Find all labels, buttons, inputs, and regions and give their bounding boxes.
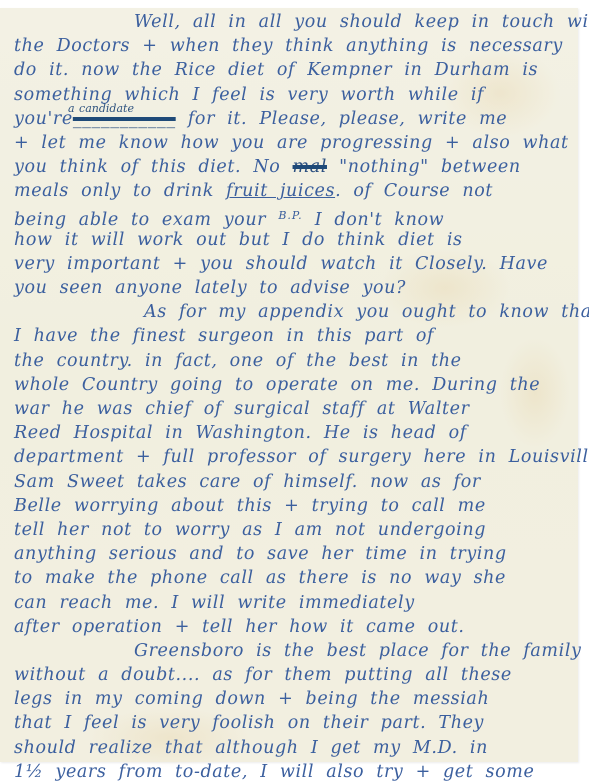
letter-line-text: Belle worrying about this + trying to ca… [14,496,486,516]
letter-line: + let me know how you are progressing + … [14,131,570,155]
letter-line: tell her not to worry as I am not underg… [14,518,570,542]
letter-line-text: Greensboro is the best place for the fam… [134,641,582,661]
letter-line-text: the Doctors + when they think anything i… [14,36,563,56]
letter-line: that I feel is very foolish on their par… [14,711,570,735]
letter-line-text: for it. Please, please, write me [176,109,508,129]
letter-line: can reach me. I will write immediately [14,591,570,615]
letter-line: Sam Sweet takes care of himself. now as … [14,470,570,494]
letter-line-text: should realize that although I get my M.… [14,738,488,758]
letter-line: Belle worrying about this + trying to ca… [14,494,570,518]
letter-line: war he was chief of surgical staff at Wa… [14,397,570,421]
letter-line: Greensboro is the best place for the fam… [14,639,570,663]
letter-line-text: meals only to drink [14,181,226,201]
handwritten-letter-body: Well, all in all you should keep in touc… [14,10,570,774]
letter-line: after operation + tell her how it came o… [14,615,570,639]
letter-line: you're___________a candidate for it. Ple… [14,107,570,131]
letter-line-text: very important + you should watch it Clo… [14,254,548,274]
letter-line: I have the finest surgeon in this part o… [14,324,570,348]
letter-line-text: without a doubt.... as for them putting … [14,665,512,685]
letter-line: you think of this diet. No mal "nothing"… [14,155,570,179]
letter-line-text: can reach me. I will write immediately [14,593,415,613]
letter-line-text: anything serious and to save her time in… [14,544,507,564]
letter-line-text: + let me know how you are progressing + … [14,133,569,153]
crossed-out-word: mal [293,157,327,177]
letter-line: very important + you should watch it Clo… [14,252,570,276]
letter-line-text: legs in my coming down + being the messi… [14,689,489,709]
letter-line-text: department + full professor of surgery h… [14,447,589,467]
letter-line: how it will work out but I do think diet… [14,228,570,252]
letter-line-text: I have the finest surgeon in this part o… [14,326,434,346]
inserted-word-candidate: a candidate [68,97,134,121]
letter-line: the country. in fact, one of the best in… [14,349,570,373]
letter-line: without a doubt.... as for them putting … [14,663,570,687]
letter-page: Well, all in all you should keep in touc… [0,8,578,762]
letter-line: As for my appendix you ought to know tha… [14,300,570,324]
letter-line-text: after operation + tell her how it came o… [14,617,465,637]
letter-line-text: how it will work out but I do think diet… [14,230,463,250]
letter-line-text: being able to exam your [14,210,278,230]
letter-line-text: I don't know [303,210,445,230]
letter-line-text: . of Course not [335,181,493,201]
letter-line: department + full professor of surgery h… [14,445,570,469]
letter-line-text: tell her not to worry as I am not underg… [14,520,486,540]
bp-abbreviation: B.P. [278,209,302,222]
letter-line: legs in my coming down + being the messi… [14,687,570,711]
letter-line: anything serious and to save her time in… [14,542,570,566]
letter-line: Reed Hospital in Washington. He is head … [14,421,570,445]
letter-line-text: Sam Sweet takes care of himself. now as … [14,472,481,492]
letter-line: to make the phone call as there is no wa… [14,566,570,590]
underlined-phrase: fruit juices [226,181,335,201]
letter-line-text: whole Country going to operate on me. Du… [14,375,540,395]
letter-line-text: that I feel is very foolish on their par… [14,713,484,733]
letter-line: Well, all in all you should keep in touc… [14,10,570,34]
letter-line: 1½ years from to-date, I will also try +… [14,760,570,774]
letter-line-text: Reed Hospital in Washington. He is head … [14,423,467,443]
letter-line: the Doctors + when they think anything i… [14,34,570,58]
letter-line-text: to make the phone call as there is no wa… [14,568,506,588]
letter-line: whole Country going to operate on me. Du… [14,373,570,397]
letter-line-text: "nothing" between [327,157,521,177]
letter-line: should realize that although I get my M.… [14,736,570,760]
letter-line: do it. now the Rice diet of Kempner in D… [14,58,570,82]
letter-line-text: 1½ years from to-date, I will also try +… [14,762,534,774]
letter-line-text: you seen anyone lately to advise you? [14,278,406,298]
letter-line: being able to exam your B.P. I don't kno… [14,204,570,228]
letter-line: you seen anyone lately to advise you? [14,276,570,300]
letter-line-text: you're [14,109,73,129]
letter-line-text: you think of this diet. No [14,157,293,177]
letter-line-text: war he was chief of surgical staff at Wa… [14,399,470,419]
letter-line-text: do it. now the Rice diet of Kempner in D… [14,60,538,80]
letter-line-text: As for my appendix you ought to know tha… [144,302,589,322]
letter-line-text: the country. in fact, one of the best in… [14,351,462,371]
letter-line-text: Well, all in all you should keep in touc… [134,12,589,32]
letter-line: meals only to drink fruit juices. of Cou… [14,179,570,203]
